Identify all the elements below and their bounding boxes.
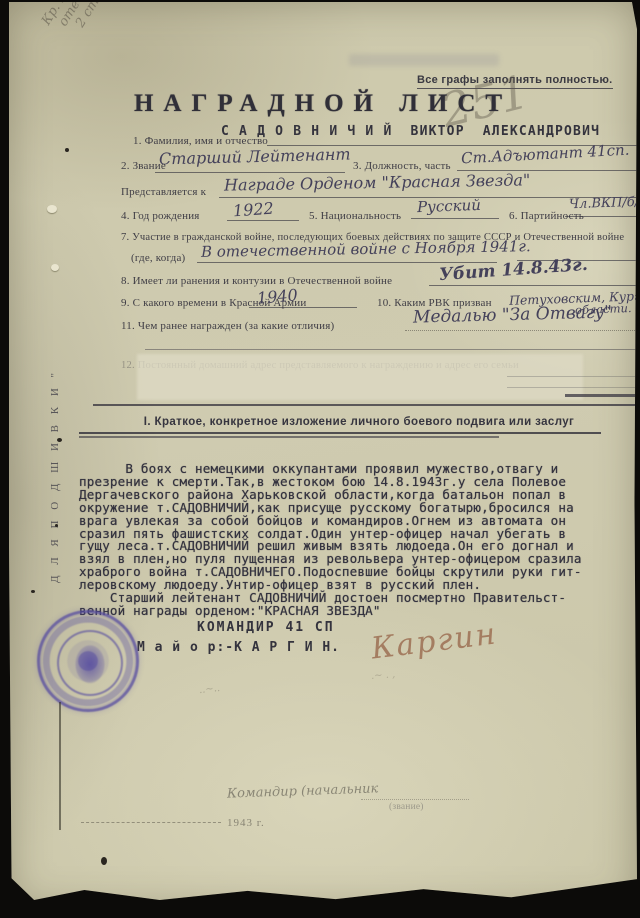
footer-rank-hint: (звание) bbox=[389, 802, 424, 812]
paper-crease bbox=[59, 702, 61, 830]
scanned-award-document: { "document": { "notice_top_right": "Все… bbox=[0, 0, 640, 918]
field-prior-awards-value: Медалью "За Отвагу" bbox=[413, 302, 613, 327]
field-birthyear-value: 1922 bbox=[232, 199, 274, 221]
field-name-label: 1. Фамилия, имя и отчество bbox=[133, 135, 268, 147]
field-rank-label: 2. Звание bbox=[121, 160, 166, 172]
field-name-value: С А Д О В Н И Ч И Й ВИКТОР АЛЕКСАНДРОВИЧ bbox=[221, 124, 600, 139]
faded-stamp-smudge bbox=[349, 54, 499, 66]
document-title: НАГРАДНОЙ ЛИСТ bbox=[9, 90, 637, 118]
faint-pencil-mark: .~ . , bbox=[371, 669, 396, 682]
margin-vertical-text: Д Л Я П О Д Ш И В К И " bbox=[45, 346, 63, 606]
field-nominated-value: Награде Орденом "Красная Звезда" bbox=[224, 170, 531, 194]
faint-pencil-mark: ..~.. bbox=[198, 683, 220, 696]
field-nominated-label: Представляется к bbox=[121, 186, 206, 198]
citation-text: В боях с немецкими оккупантами проявил м… bbox=[79, 463, 614, 618]
field-rank-value: Старший Лейтенант bbox=[159, 144, 351, 168]
footer-date-line bbox=[81, 822, 221, 823]
field-nationality-value: Русский bbox=[417, 196, 481, 216]
field-party-value: Чл.ВКП/б/ bbox=[569, 195, 640, 212]
commander-title: КОМАНДИР 41 СП bbox=[197, 620, 335, 635]
section-divider-top bbox=[93, 404, 637, 406]
corner-pencil-note: Кр. знам. отеч. войн. 2 степ. bbox=[39, 0, 124, 44]
section1-heading: I. Краткое, конкретное изложение личного… bbox=[89, 412, 629, 430]
field-nationality-label: 5. Национальность bbox=[309, 210, 401, 222]
footer-commander-label: Командир (начальник bbox=[227, 779, 379, 802]
erased-address-area bbox=[137, 354, 583, 400]
punch-hole bbox=[47, 205, 57, 213]
round-seal-stamp bbox=[37, 610, 139, 712]
section-divider-bottom2 bbox=[79, 436, 499, 438]
footer-year: 1943 г. bbox=[227, 813, 265, 831]
field-position-label: 3. Должность, часть bbox=[353, 160, 451, 172]
field-wounds-value: Убит 14.8.43г. bbox=[438, 255, 588, 285]
stamp-emblem bbox=[57, 630, 123, 696]
field-participation-label2: (где, когда) bbox=[131, 252, 185, 264]
field-army-since-value: 1940 bbox=[256, 285, 298, 307]
commander-signature: Каргин bbox=[369, 616, 499, 666]
field-birthyear-label: 4. Год рождения bbox=[121, 210, 200, 222]
section-divider-bottom bbox=[79, 432, 601, 434]
punch-hole bbox=[51, 264, 59, 271]
field-prior-awards-label: 11. Чем ранее награжден (за какие отличи… bbox=[121, 320, 334, 332]
field-wounds-label: 8. Имеет ли ранения и контузии в Отечест… bbox=[121, 275, 392, 287]
commander-name: М а й о р:-К А Р Г И Н. bbox=[137, 640, 340, 655]
citation-line: венной награды орденом:"КРАСНАЯ ЗВЕЗДА" bbox=[79, 605, 614, 618]
heavy-short-rule bbox=[565, 394, 639, 397]
document-page: Кр. знам. отеч. войн. 2 степ. Все графы … bbox=[9, 2, 637, 910]
